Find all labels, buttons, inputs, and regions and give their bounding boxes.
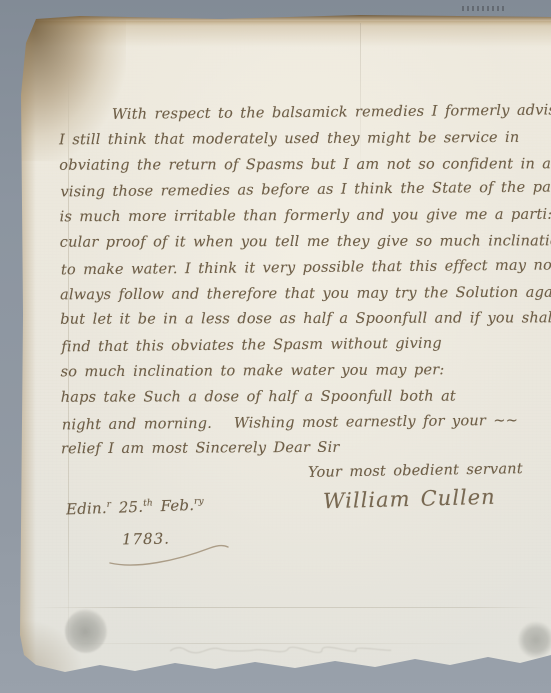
letter-line: relief I am most Sincerely Dear Sir: [61, 435, 539, 463]
horizontal-crease: [30, 607, 545, 608]
letter-line: cular proof of it when you tell me they …: [60, 229, 538, 256]
dateline-month-superscript: ry: [194, 497, 204, 507]
circular-ink-blot-right: [518, 621, 551, 659]
dateline-day: 25.: [111, 498, 144, 517]
letter-line: With respect to the balsamick remedies I…: [60, 99, 538, 130]
letter-line: find that this obviates the Spasm withou…: [61, 331, 539, 362]
letter-line: but let it be in a less dose as half a S…: [60, 307, 538, 334]
letter-line: obviating the return of Spasms but I am …: [59, 152, 537, 179]
dateline-month: Feb.: [153, 496, 195, 515]
letter-line: haps take Such a dose of half a Spoonful…: [61, 384, 539, 411]
letter-page: With respect to the balsamick remedies I…: [20, 15, 551, 675]
archival-pencil-marks: [462, 6, 504, 11]
letter-line: so much inclination to make water you ma…: [60, 358, 538, 386]
letter-body-text: With respect to the balsamick remedies I…: [59, 100, 539, 464]
signature-william-cullen: William Cullen: [323, 485, 496, 514]
letter-line: is much more irritable than formerly and…: [60, 203, 538, 231]
scanner-background: With respect to the balsamick remedies I…: [0, 0, 551, 693]
signature-flourish-curve: [106, 543, 236, 569]
dateline-place: Edin.: [66, 499, 107, 518]
circular-ink-blot-left: [65, 609, 107, 653]
letter-line: to make water. I think it very possible …: [61, 253, 539, 284]
letter-line: always follow and therefore that you may…: [60, 280, 538, 308]
ink-show-through: [170, 643, 420, 657]
dateline-place-date: Edin.r 25.th Feb.ry: [66, 496, 205, 519]
letter-line: I still think that moderately used they …: [59, 126, 537, 154]
letter-line: vising those remedies as before as I thi…: [60, 176, 538, 207]
valediction: Your most obedient servant: [308, 461, 523, 481]
dateline-day-superscript: th: [143, 498, 153, 508]
browned-left-edge: [20, 15, 36, 675]
